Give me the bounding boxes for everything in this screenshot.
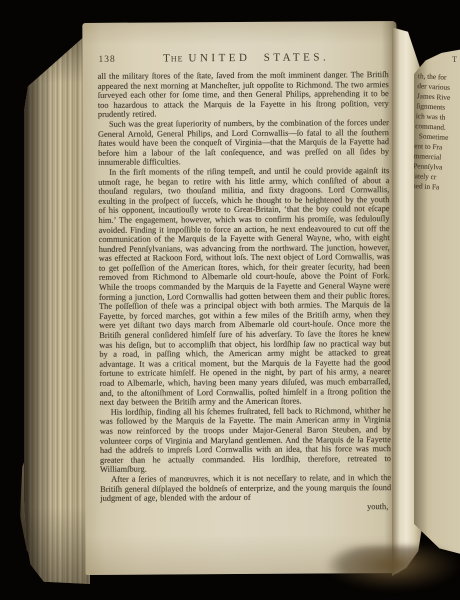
page-number: 138	[99, 55, 116, 65]
page-header: 138 TheUNITED STATES.	[98, 51, 376, 65]
text-fragment: ned in Fa	[414, 181, 446, 193]
book-page: 138 TheUNITED STATES. all the military ſ…	[82, 21, 399, 575]
book-fore-edge	[24, 28, 90, 584]
book-photo: 138 TheUNITED STATES. all the military ſ…	[0, 0, 460, 600]
catchword: youth,	[100, 502, 391, 513]
running-title-the: The	[163, 52, 183, 64]
next-page-edge: T th, the for der various James Rive ſig…	[414, 28, 460, 570]
paragraph: Such was the great ſuperiority of number…	[98, 118, 389, 168]
paragraph: His lordſhip, finding all his ſchemes fr…	[100, 406, 391, 475]
running-title-main: UNITED STATES.	[188, 51, 329, 64]
paragraph: After a ſeries of manœuvres, which it is…	[100, 473, 391, 504]
running-title: TheUNITED STATES.	[116, 51, 377, 65]
book-bottom-edge	[320, 546, 460, 592]
next-page-header-fragment: T	[452, 55, 457, 64]
page-text: all the military ſtores of the ſtate, ſa…	[98, 70, 392, 513]
next-page-text-fragments: th, the for der various James Rive ſignm…	[414, 71, 452, 193]
paragraph: all the military ſtores of the ſtate, ſa…	[98, 70, 389, 120]
paragraph: In the firſt moments of the riſing tempe…	[98, 166, 390, 408]
